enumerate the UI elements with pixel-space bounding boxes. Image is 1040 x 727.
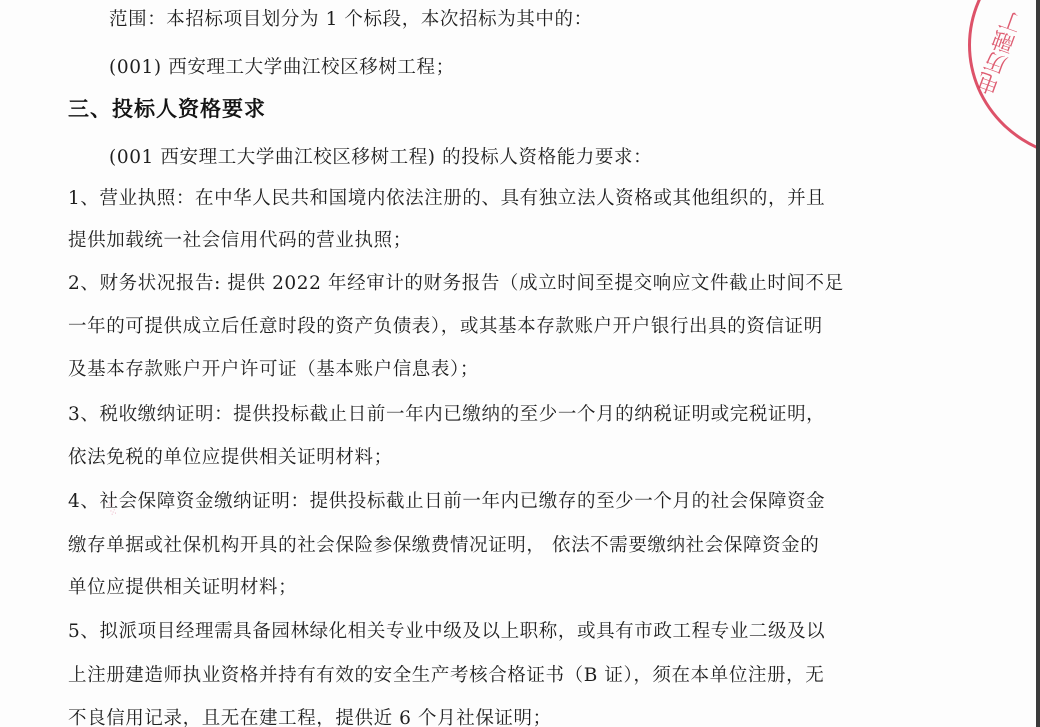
- scope-line: 范围：本招标项目划分为 1 个标段，本次招标为其中的：: [109, 8, 593, 32]
- lot-line: (001) 西安理工大学曲江校区移树工程；: [109, 56, 455, 80]
- requirement-line: 3、税收缴纳证明：提供投标截止日前一年内已缴纳的至少一个月的纳税证明或完税证明，: [68, 403, 825, 427]
- requirement-line: 依法免税的单位应提供相关证明材料；: [68, 446, 393, 470]
- requirement-line: 单位应提供相关证明材料；: [68, 576, 297, 600]
- section-heading: 三、投标人资格要求: [68, 96, 266, 122]
- page-edge: [1036, 0, 1040, 727]
- requirement-line: 上注册建造师执业资格并持有有效的安全生产考核合格证书（B 证），须在本单位注册，…: [68, 664, 824, 688]
- requirement-line: 及基本存款账户开户许可证（基本账户信息表）；: [68, 358, 479, 382]
- requirement-line: 1、营业执照：在中华人民共和国境内依法注册的、具有独立法人资格或其他组织的，并且: [68, 187, 825, 211]
- intro-line: (001 西安理工大学曲江校区移树工程) 的投标人资格能力要求：: [109, 146, 652, 170]
- requirement-line: 缴存单据或社保机构开具的社会保险参保缴费情况证明， 依法不需要缴纳社会保障资金的: [68, 534, 819, 558]
- document-page: 范围：本招标项目划分为 1 个标段，本次招标为其中的： (001) 西安理工大学…: [0, 0, 1036, 727]
- requirement-line: 2、财务状况报告: 提供 2022 年经审计的财务报告（成立时间至提交响应文件截…: [68, 272, 844, 296]
- requirement-line: 一年的可提供成立后任意时段的资产负债表），或其基本存款账户开户银行出具的资信证明: [68, 315, 823, 339]
- requirement-line: 提供加载统一社会信用代码的营业执照；: [68, 229, 412, 253]
- requirement-line: 4、社会保障资金缴纳证明：提供投标截止日前一年内已缴存的至少一个月的社会保障资金: [68, 490, 825, 514]
- requirement-line: 5、拟派项目经理需具备园林绿化相关专业中级及以上职称，或具有市政工程专业二级及以: [68, 620, 825, 644]
- requirement-line: 不良信用记录，且无在建工程，提供近 6 个月社保证明；: [68, 707, 552, 727]
